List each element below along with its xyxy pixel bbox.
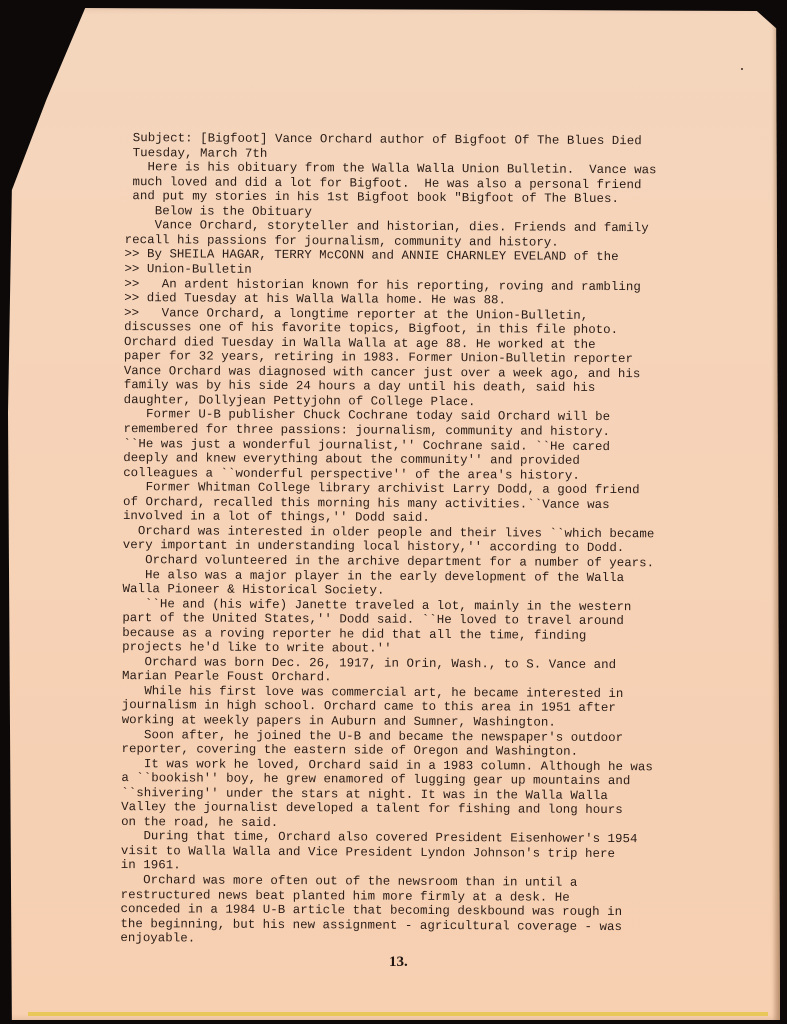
obituary-text: Subject: [Bigfoot] Vance Orchard author … <box>113 102 678 949</box>
page-number: 13. <box>389 954 408 971</box>
scanned-page-photo: Subject: [Bigfoot] Vance Orchard author … <box>0 0 787 1024</box>
yellow-page-edge <box>28 1012 768 1016</box>
paper-speck <box>741 68 743 70</box>
